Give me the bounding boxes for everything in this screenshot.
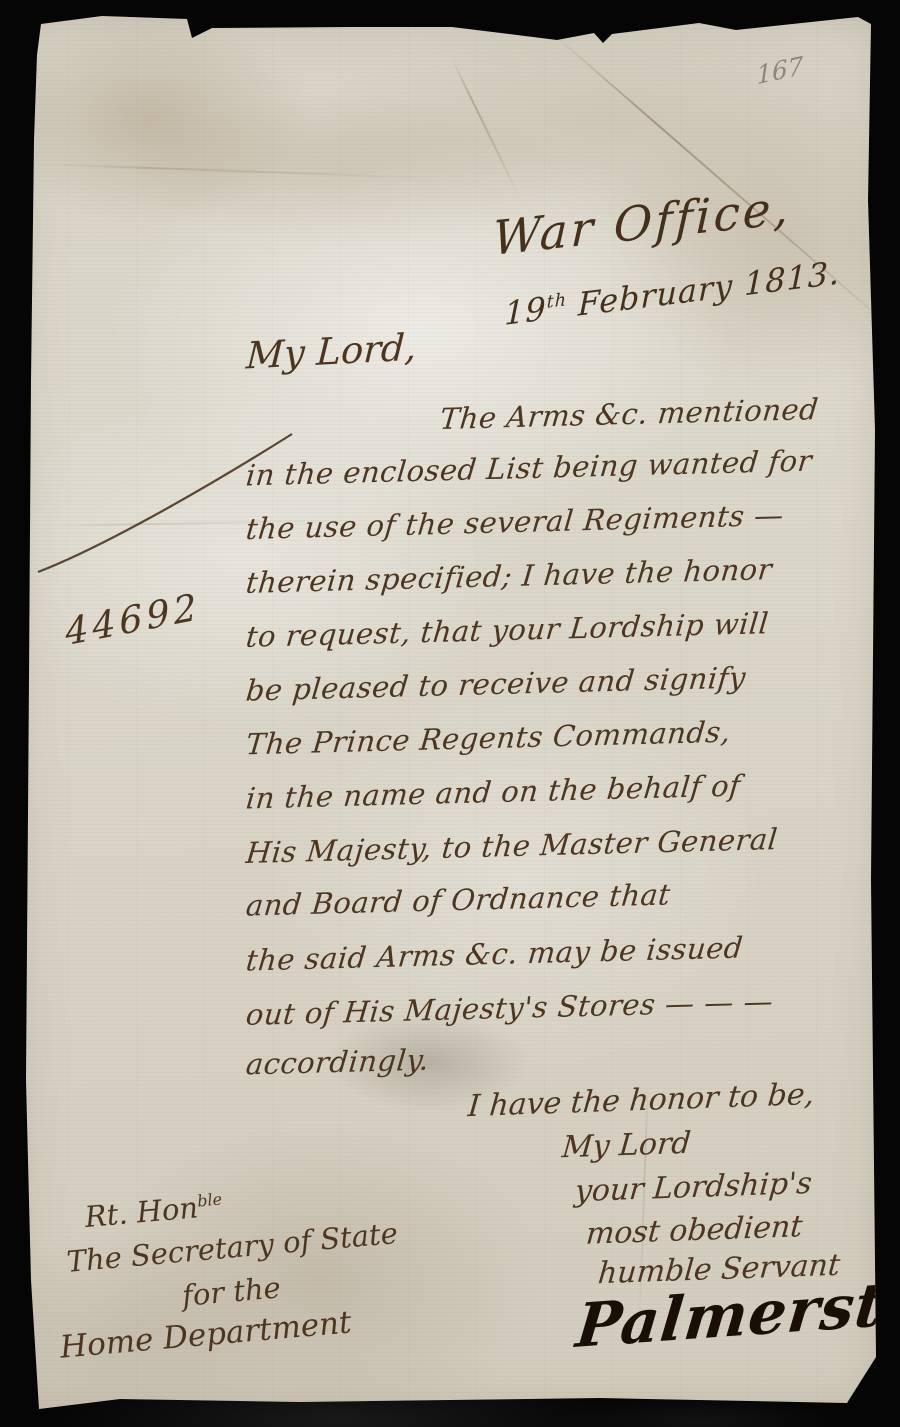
address-honorific-superscript: ble (196, 1189, 222, 1210)
closing-line: My Lord (561, 1126, 693, 1166)
heading-date-ordinal: th (547, 290, 568, 313)
heading-date-day: 19 (504, 289, 547, 333)
addressee-block: Rt. Honble The Secretary of State for th… (46, 1173, 407, 1366)
body-line: accordingly. (244, 1043, 430, 1082)
photo-backdrop: 167 War Office, 19th February 1813. My L… (0, 0, 900, 1427)
salutation: My Lord, (245, 325, 418, 377)
letter-paper: 167 War Office, 19th February 1813. My L… (0, 0, 900, 1427)
